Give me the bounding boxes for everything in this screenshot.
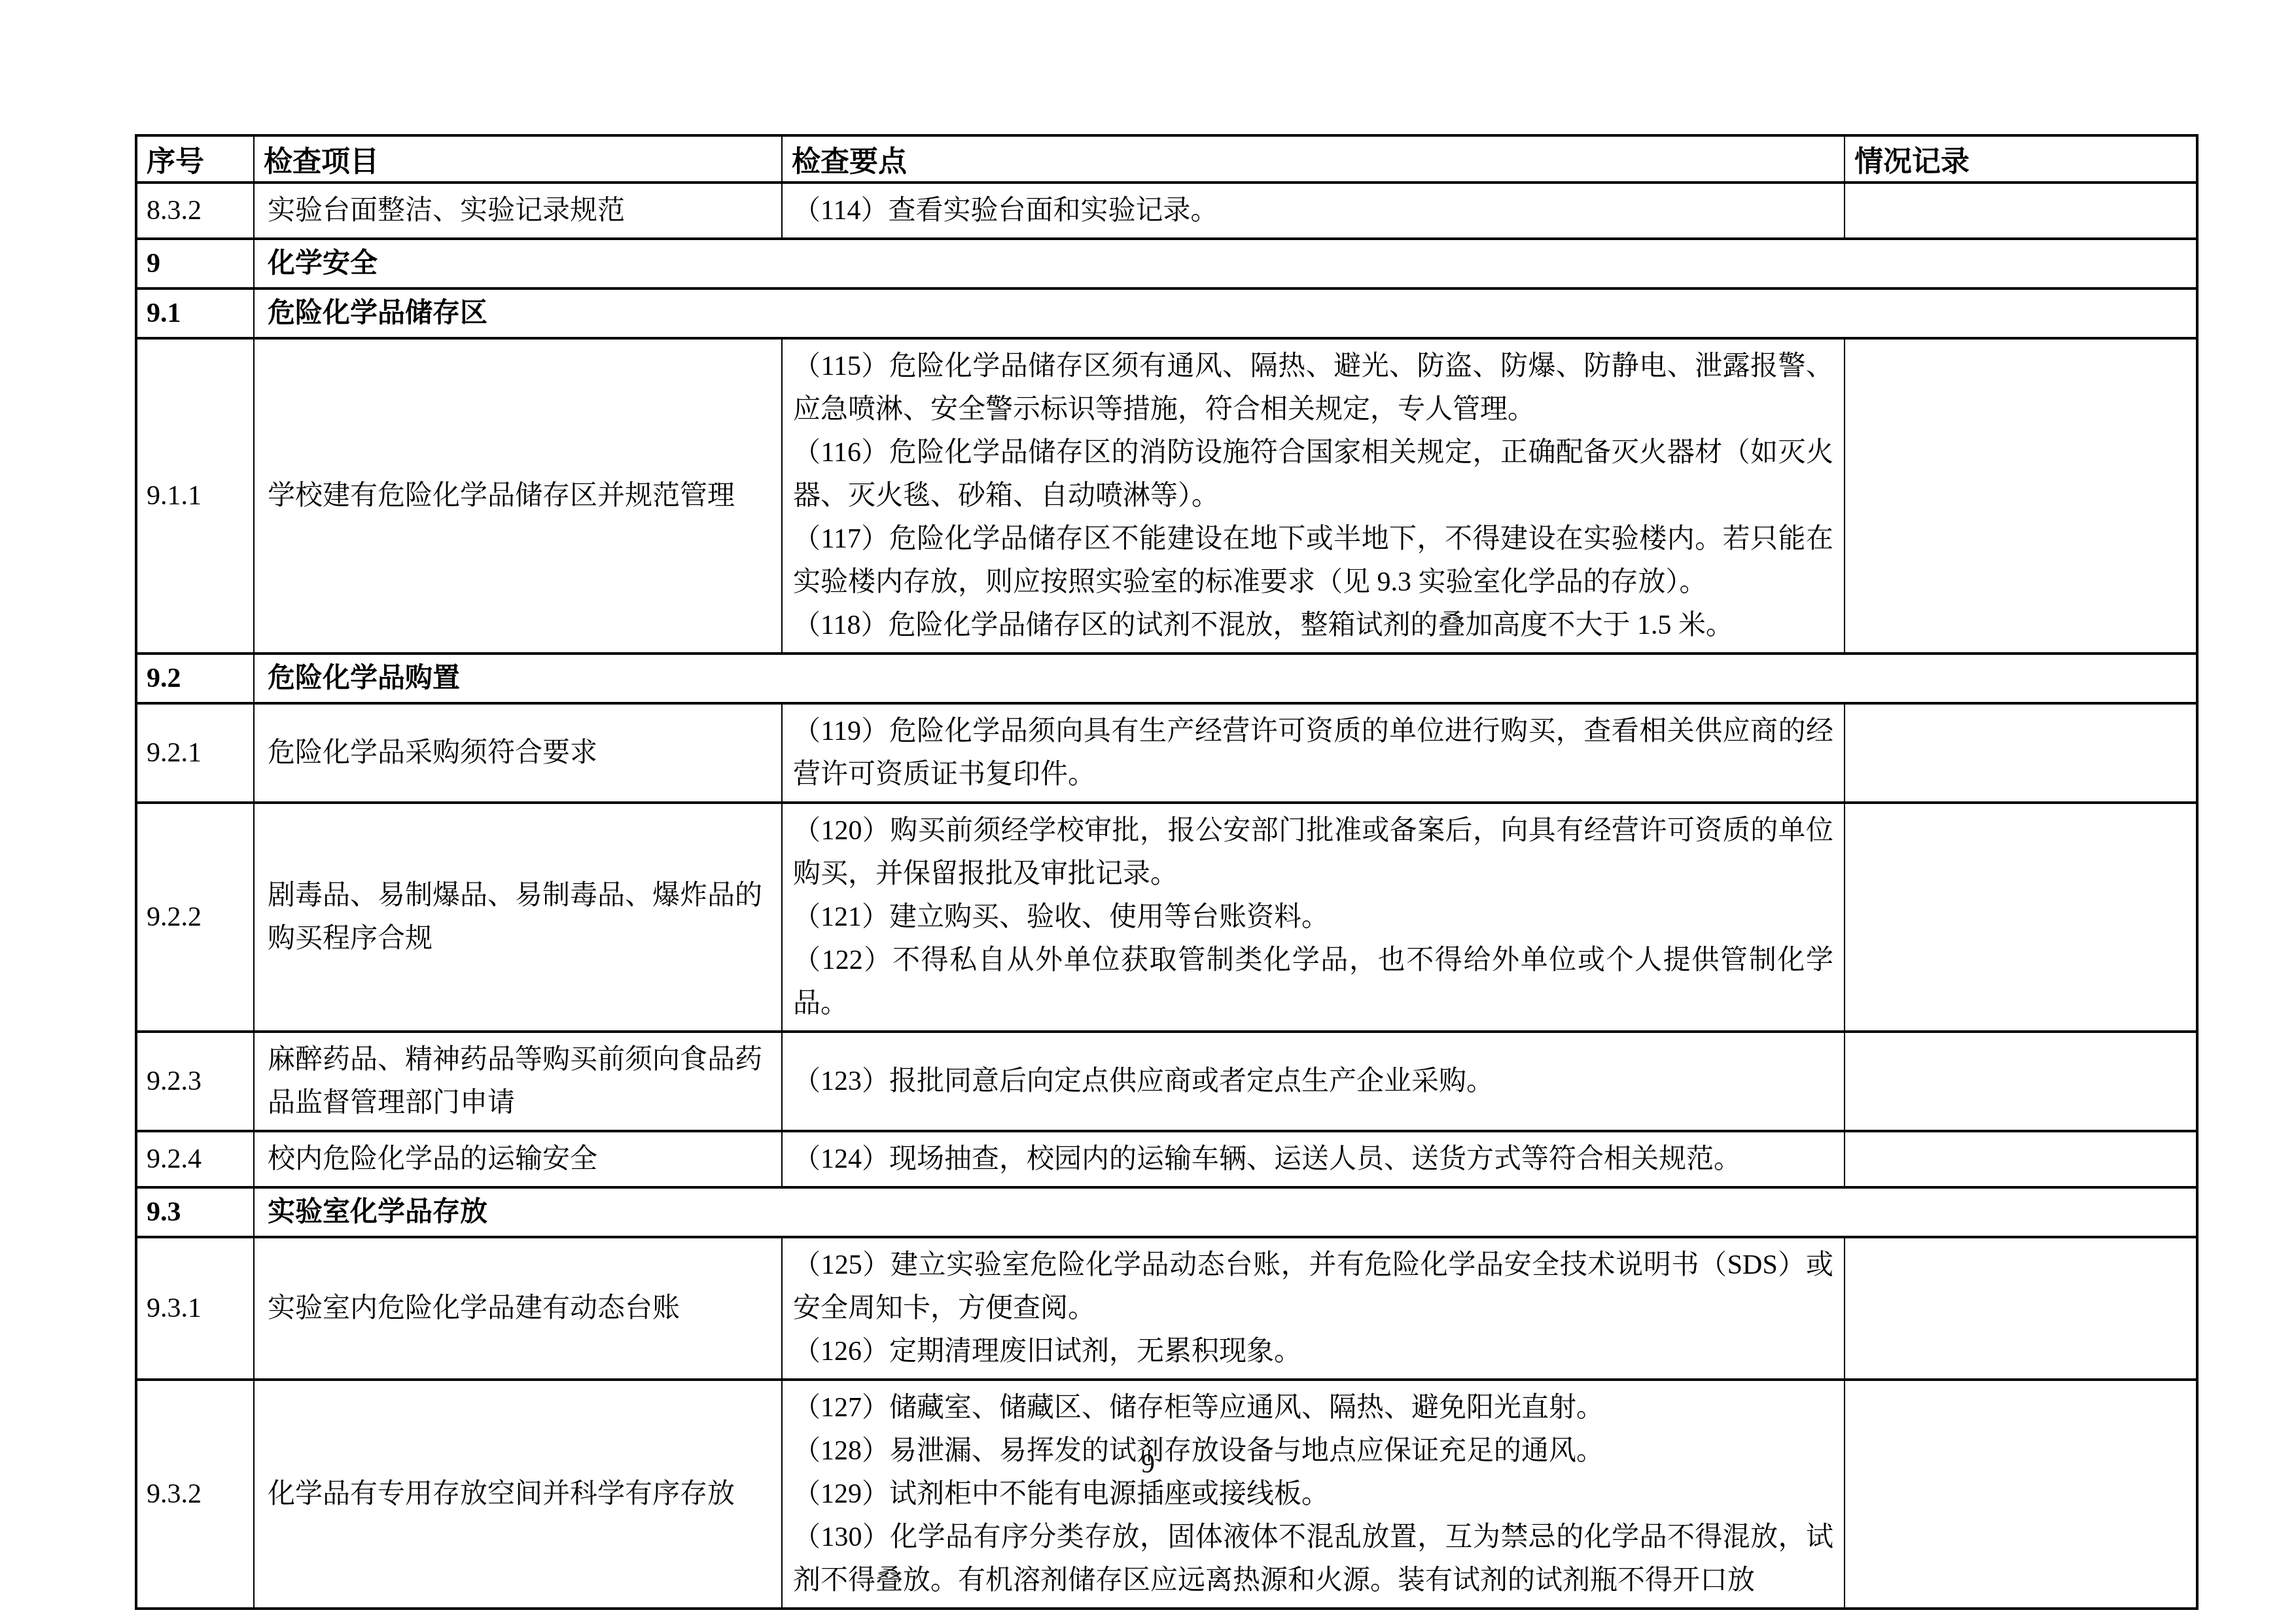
table-row: 9.2.1 危险化学品采购须符合要求 （119）危险化学品须向具有生产经营许可资… (136, 703, 2197, 803)
section-row: 9.1 危险化学品储存区 (136, 288, 2197, 338)
record-cell (1845, 803, 2197, 1032)
section-title: 实验室化学品存放 (254, 1187, 2197, 1237)
section-number: 9 (136, 239, 254, 288)
inspection-point: （123）报批同意后向定点供应商或者定点生产企业采购。 (793, 1060, 1833, 1103)
record-cell (1845, 183, 2197, 239)
inspection-point: （121）建立购买、验收、使用等台账资料。 (793, 896, 1833, 939)
inspection-points: （114）查看实验台面和实验记录。 (782, 183, 1845, 239)
inspection-points: （123）报批同意后向定点供应商或者定点生产企业采购。 (782, 1032, 1845, 1131)
checklist-table: 序号 检查项目 检查要点 情况记录 8.3.2 实验台面整洁、实验记录规范 （1… (135, 134, 2199, 1610)
inspection-item: 校内危险化学品的运输安全 (254, 1131, 782, 1187)
section-title: 危险化学品储存区 (254, 288, 2197, 338)
inspection-point: （126）定期清理废旧试剂，无累积现象。 (793, 1330, 1833, 1373)
table-row: 9.2.3 麻醉药品、精神药品等购买前须向食品药品监督管理部门申请 （123）报… (136, 1032, 2197, 1131)
row-number: 8.3.2 (136, 183, 254, 239)
inspection-item: 危险化学品采购须符合要求 (254, 703, 782, 803)
inspection-points: （125）建立实验室危险化学品动态台账，并有危险化学品安全技术说明书（SDS）或… (782, 1237, 1845, 1380)
record-cell (1845, 1131, 2197, 1187)
inspection-point: （115）危险化学品储存区须有通风、隔热、避光、防盗、防爆、防静电、泄露报警、应… (793, 345, 1833, 431)
section-row: 9 化学安全 (136, 239, 2197, 288)
inspection-point: （118）危险化学品储存区的试剂不混放，整箱试剂的叠加高度不大于 1.5 米。 (793, 604, 1833, 647)
inspection-point: （125）建立实验室危险化学品动态台账，并有危险化学品安全技术说明书（SDS）或… (793, 1244, 1833, 1330)
section-row: 9.3 实验室化学品存放 (136, 1187, 2197, 1237)
section-title: 化学安全 (254, 239, 2197, 288)
header-row: 序号 检查项目 检查要点 情况记录 (136, 135, 2197, 183)
section-title: 危险化学品购置 (254, 654, 2197, 703)
row-number: 9.3.1 (136, 1237, 254, 1380)
record-cell (1845, 703, 2197, 803)
inspection-point: （124）现场抽查，校园内的运输车辆、运送人员、送货方式等符合相关规范。 (793, 1138, 1833, 1181)
inspection-point: （119）危险化学品须向具有生产经营许可资质的单位进行购买，查看相关供应商的经营… (793, 710, 1833, 796)
row-number: 9.3.2 (136, 1380, 254, 1609)
inspection-item: 麻醉药品、精神药品等购买前须向食品药品监督管理部门申请 (254, 1032, 782, 1131)
table-row: 9.1.1 学校建有危险化学品储存区并规范管理 （115）危险化学品储存区须有通… (136, 338, 2197, 654)
inspection-point: （122）不得私自从外单位获取管制类化学品，也不得给外单位或个人提供管制化学品。 (793, 939, 1833, 1025)
row-number: 9.2.1 (136, 703, 254, 803)
inspection-point: （120）购买前须经学校审批，报公安部门批准或备案后，向具有经营许可资质的单位购… (793, 809, 1833, 896)
table-row: 9.2.2 剧毒品、易制爆品、易制毒品、爆炸品的购买程序合规 （120）购买前须… (136, 803, 2197, 1032)
section-number: 9.3 (136, 1187, 254, 1237)
row-number: 9.2.2 (136, 803, 254, 1032)
row-number: 9.2.3 (136, 1032, 254, 1131)
row-number: 9.2.4 (136, 1131, 254, 1187)
record-cell (1845, 338, 2197, 654)
section-number: 9.1 (136, 288, 254, 338)
record-cell (1845, 1380, 2197, 1609)
inspection-point: （127）储藏室、储藏区、储存柜等应通风、隔热、避免阳光直射。 (793, 1386, 1833, 1429)
inspection-point: （116）危险化学品储存区的消防设施符合国家相关规定，正确配备灭火器材（如灭火器… (793, 431, 1833, 517)
inspection-point: （117）危险化学品储存区不能建设在地下或半地下，不得建设在实验楼内。若只能在实… (793, 517, 1833, 604)
section-row: 9.2 危险化学品购置 (136, 654, 2197, 703)
inspection-points: （120）购买前须经学校审批，报公安部门批准或备案后，向具有经营许可资质的单位购… (782, 803, 1845, 1032)
row-number: 9.1.1 (136, 338, 254, 654)
section-number: 9.2 (136, 654, 254, 703)
table-row: 9.2.4 校内危险化学品的运输安全 （124）现场抽查，校园内的运输车辆、运送… (136, 1131, 2197, 1187)
inspection-item: 剧毒品、易制爆品、易制毒品、爆炸品的购买程序合规 (254, 803, 782, 1032)
inspection-item: 实验室内危险化学品建有动态台账 (254, 1237, 782, 1380)
inspection-points: （124）现场抽查，校园内的运输车辆、运送人员、送货方式等符合相关规范。 (782, 1131, 1845, 1187)
inspection-item: 实验台面整洁、实验记录规范 (254, 183, 782, 239)
inspection-point: （114）查看实验台面和实验记录。 (793, 189, 1833, 232)
inspection-points: （115）危险化学品储存区须有通风、隔热、避光、防盗、防爆、防静电、泄露报警、应… (782, 338, 1845, 654)
column-header-points: 检查要点 (782, 135, 1845, 183)
table-row: 9.3.2 化学品有专用存放空间并科学有序存放 （127）储藏室、储藏区、储存柜… (136, 1380, 2197, 1609)
record-cell (1845, 1237, 2197, 1380)
inspection-points: （119）危险化学品须向具有生产经营许可资质的单位进行购买，查看相关供应商的经营… (782, 703, 1845, 803)
document-page: 序号 检查项目 检查要点 情况记录 8.3.2 实验台面整洁、实验记录规范 （1… (0, 0, 2296, 1623)
column-header-record: 情况记录 (1845, 135, 2197, 183)
column-header-no: 序号 (136, 135, 254, 183)
table-row: 8.3.2 实验台面整洁、实验记录规范 （114）查看实验台面和实验记录。 (136, 183, 2197, 239)
inspection-item: 化学品有专用存放空间并科学有序存放 (254, 1380, 782, 1609)
inspection-point: （130）化学品有序分类存放，固体液体不混乱放置，互为禁忌的化学品不得混放，试剂… (793, 1516, 1833, 1602)
table-row: 9.3.1 实验室内危险化学品建有动态台账 （125）建立实验室危险化学品动态台… (136, 1237, 2197, 1380)
page-number: 9 (0, 1448, 2296, 1480)
inspection-item: 学校建有危险化学品储存区并规范管理 (254, 338, 782, 654)
inspection-points: （127）储藏室、储藏区、储存柜等应通风、隔热、避免阳光直射。 （128）易泄漏… (782, 1380, 1845, 1609)
column-header-item: 检查项目 (254, 135, 782, 183)
record-cell (1845, 1032, 2197, 1131)
